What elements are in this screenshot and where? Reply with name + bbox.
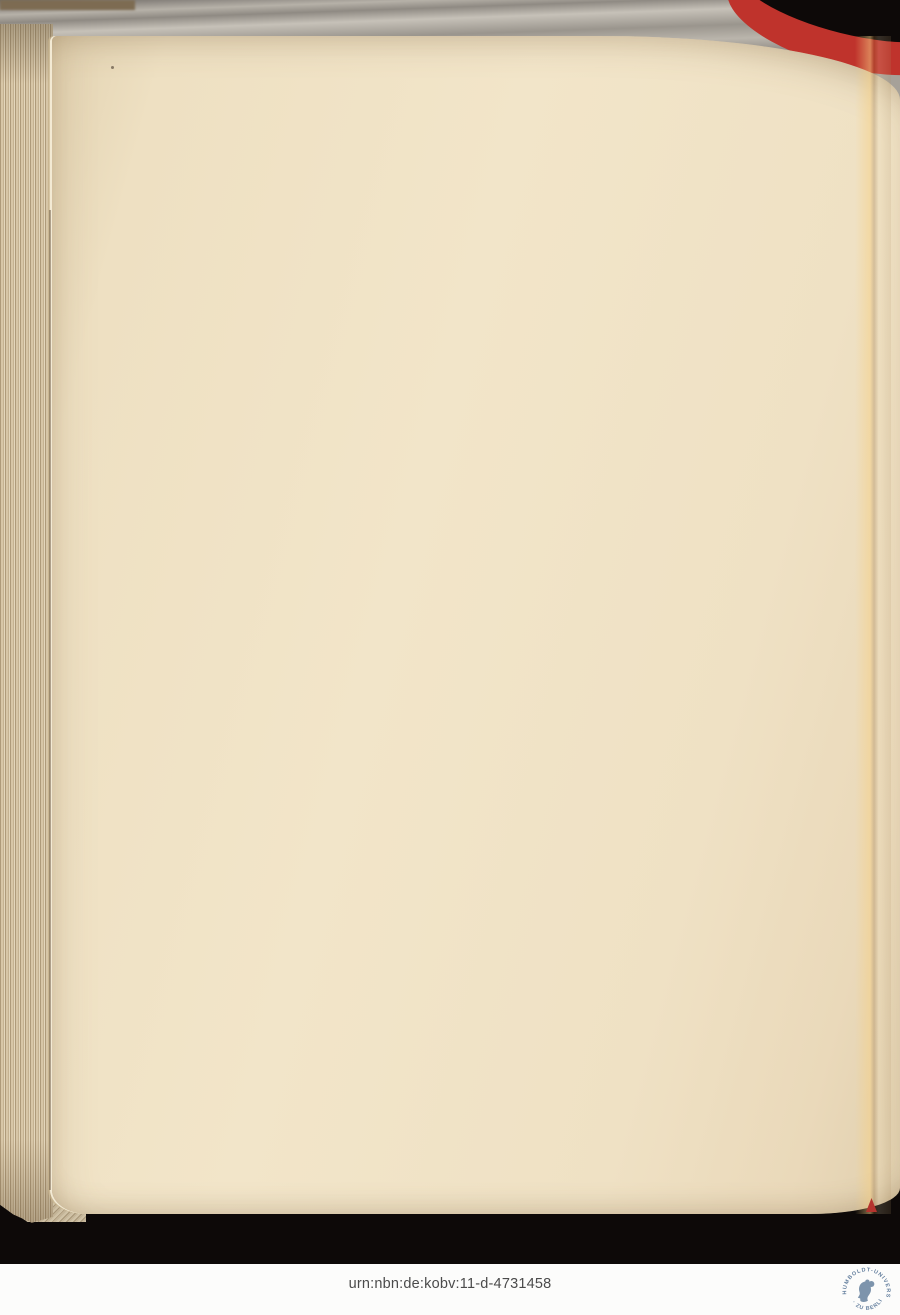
urn-label: urn:nbn:de:kobv:11-d-4731458	[0, 1264, 900, 1292]
gutter-crease	[855, 36, 891, 1214]
fanned-page-edges	[0, 24, 53, 1224]
page-edge-crease	[49, 210, 51, 1190]
humboldt-portrait	[858, 1279, 875, 1301]
paper-speck	[111, 66, 114, 69]
book-scan-photo: 426 Karl Baumgarten und Werner Radig Dem…	[0, 0, 900, 1315]
cover-board-edge	[0, 0, 135, 10]
humboldt-university-seal-icon: HUMBOLDT-UNIVERSITÄT · ZU BERLIN ·	[840, 1265, 893, 1315]
footer-bar: urn:nbn:de:kobv:11-d-4731458 HUMBOLDT-UN…	[0, 1264, 900, 1315]
book-page	[52, 36, 900, 1214]
